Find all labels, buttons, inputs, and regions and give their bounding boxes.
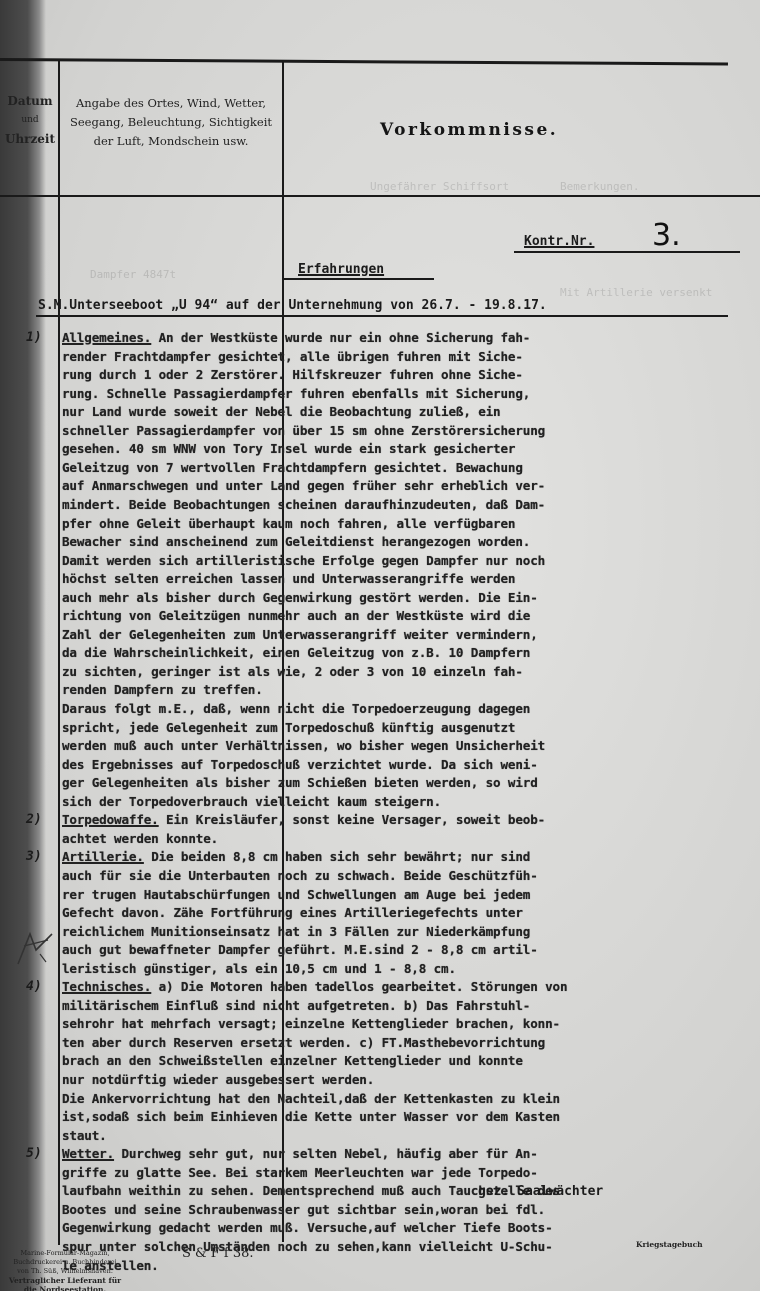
section-number: 2): [26, 812, 42, 827]
text-line: Damit werden sich artilleristische Erfol…: [62, 553, 545, 568]
text-line: render Frachtdampfer gesichtet, alle übr…: [62, 349, 523, 364]
report-title: S.M.Unterseeboot „U 94“ auf der Unterneh…: [38, 298, 547, 313]
text-line: gesehen. 40 sm WNW von Tory Insel wurde …: [62, 441, 515, 456]
text-line: höchst selten erreichen lassen und Unter…: [62, 571, 515, 586]
header-datum: Datum: [4, 92, 56, 111]
text-line: spricht, jede Gelegenheit zum Torpedosch…: [62, 720, 515, 735]
text-line: Wetter. Durchweg sehr gut, nur selten Ne…: [62, 1146, 538, 1161]
handwritten-check-icon: [14, 928, 58, 968]
text-line: auch für sie die Unterbauten noch zu sch…: [62, 868, 538, 883]
header-line: Seegang, Beleuchtung, Sichtigkeit: [64, 113, 278, 132]
text-line: griffe zu glatte See. Bei starkem Meerle…: [62, 1165, 538, 1180]
scan-edge-shadow: [0, 0, 46, 1291]
text-line: reichlichem Munitionseinsatz hat in 3 Fä…: [62, 924, 530, 939]
text-line: Torpedowaffe. Ein Kreisläufer, sonst kei…: [62, 812, 545, 827]
text-line: auch mehr als bisher durch Gegenwirkung …: [62, 590, 538, 605]
bleed-through-text: Dampfer 4847t: [90, 268, 176, 281]
text-line: brach an den Schweißstellen einzelner Ke…: [62, 1053, 523, 1068]
section-heading: Technisches.: [62, 979, 151, 994]
header-bottom-rule: [0, 195, 760, 197]
text-line: rung durch 1 oder 2 Zerstörer. Hilfskreu…: [62, 367, 523, 382]
text-line: achtet werden konnte.: [62, 831, 218, 846]
text-line: nur notdürftig wieder ausgebessert werde…: [62, 1072, 374, 1087]
text-line: auch gut bewaffneter Dampfer geführt. M.…: [62, 942, 538, 957]
signature: gez. Saalwächter: [478, 1184, 603, 1199]
column-header-events: Vorkommnisse.: [380, 120, 558, 140]
column-header-date-time: Datum und Uhrzeit: [4, 92, 56, 149]
text-line: Allgemeines. An der Westküste wurde nur …: [62, 330, 530, 345]
text-line: mindert. Beide Beobachtungen scheinen da…: [62, 497, 545, 512]
text-line: militärischem Einfluß sind nicht aufgetr…: [62, 998, 530, 1013]
title-underline: [36, 315, 728, 317]
imprint-line: von Th. Süß, Wilhelmshaven.: [2, 1267, 128, 1276]
text-line: Bewacher sind anscheinend zum Geleitdien…: [62, 534, 530, 549]
text-line: rung. Schnelle Passagierdampfer fuhren e…: [62, 386, 530, 401]
section-number: 3): [26, 849, 42, 864]
form-code: S & F f 38.: [182, 1246, 254, 1261]
imprint-line: Marine-Formular-Magazin, Buchdruckerei u…: [2, 1249, 128, 1267]
bleed-through-text: Ungefährer Schiffsort: [370, 180, 509, 193]
text-line: Daraus folgt m.E., daß, wenn nicht die T…: [62, 701, 530, 716]
text-line: sehrohr hat mehrfach versagt; einzelne K…: [62, 1016, 560, 1031]
text-line: leristisch günstiger, als ein 10,5 cm un…: [62, 961, 456, 976]
header-und: und: [4, 111, 56, 130]
text-line: werden muß auch unter Verhältnissen, wo …: [62, 738, 545, 753]
form-name: Kriegstagebuch: [636, 1240, 703, 1249]
text-line: zu sichten, geringer ist als wie, 2 oder…: [62, 664, 523, 679]
header-line: der Luft, Mondschein usw.: [64, 132, 278, 151]
text-line: richtung von Geleitzügen nunmehr auch an…: [62, 608, 530, 623]
text-line: ger Gelegenheiten als bisher zum Schieße…: [62, 775, 538, 790]
section-heading: Artillerie.: [62, 849, 144, 864]
section-number: 5): [26, 1146, 42, 1161]
column-divider-1: [58, 60, 60, 1245]
control-number-label: Kontr.Nr.: [524, 234, 594, 249]
section-number: 1): [26, 330, 42, 345]
control-number: 3.: [652, 218, 681, 253]
section-number: 4): [26, 979, 42, 994]
bleed-through-text: Bemerkungen.: [560, 180, 639, 193]
section-heading: Torpedowaffe.: [62, 812, 159, 827]
text-line: Geleitzug von 7 wertvollen Frachtdampfer…: [62, 460, 523, 475]
header-line: Angabe des Ortes, Wind, Wetter,: [64, 94, 278, 113]
text-line: schneller Passagierdampfer von über 15 s…: [62, 423, 545, 438]
text-line: auf Anmarschwegen und unter Land gegen f…: [62, 478, 545, 493]
text-line: des Ergebnisses auf Torpedoschuß verzich…: [62, 757, 538, 772]
text-line: renden Dampfern zu treffen.: [62, 682, 263, 697]
title-boat: S.M.Unterseeboot „U 94“: [38, 298, 218, 313]
text-line: Gegenwirkung gedacht werden muß. Versuch…: [62, 1220, 553, 1235]
text-line: ist,sodaß sich beim Einhieven die Kette …: [62, 1109, 560, 1124]
text-line: Artillerie. Die beiden 8,8 cm haben sich…: [62, 849, 530, 864]
control-underline: [514, 251, 740, 253]
bleed-through-text: Mit Artillerie versenkt: [560, 286, 712, 299]
section-heading: Wetter.: [62, 1146, 114, 1161]
text-line: staut.: [62, 1128, 107, 1143]
text-line: Die Ankervorrichtung hat den Nachteil,da…: [62, 1091, 560, 1106]
text-line: rer trugen Hautabschürfungen und Schwell…: [62, 887, 530, 902]
text-line: Gefecht davon. Zähe Fortführung eines Ar…: [62, 905, 523, 920]
text-line: da die Wahrscheinlichkeit, einen Geleitz…: [62, 645, 530, 660]
text-line: Technisches. a) Die Motoren haben tadell…: [62, 979, 567, 994]
text-line: ten aber durch Reserven ersetzt werden. …: [62, 1035, 545, 1050]
header-uhrzeit: Uhrzeit: [4, 130, 56, 149]
printer-imprint: Marine-Formular-Magazin, Buchdruckerei u…: [2, 1249, 128, 1291]
imprint-line: Vertraglicher Lieferant für die Nordsees…: [2, 1276, 128, 1291]
text-line: sich der Torpedoverbrauch vielleicht kau…: [62, 794, 441, 809]
report-heading: Erfahrungen: [298, 262, 384, 277]
column-header-location-weather: Angabe des Ortes, Wind, Wetter, Seegang,…: [64, 94, 278, 151]
text-line: nur Land wurde soweit der Nebel die Beob…: [62, 404, 501, 419]
section-heading: Allgemeines.: [62, 330, 151, 345]
heading-underline: [282, 278, 434, 280]
text-line: Bootes und seine Schraubenwasser gut sic…: [62, 1202, 545, 1217]
text-line: pfer ohne Geleit überhaupt kaum noch fah…: [62, 516, 515, 531]
text-line: spur unter solchen Umständen noch zu seh…: [62, 1239, 553, 1254]
title-period: auf der Unternehmung von 26.7. - 19.8.17…: [226, 298, 547, 313]
text-line: Zahl der Gelegenheiten zum Unterwasseran…: [62, 627, 538, 642]
